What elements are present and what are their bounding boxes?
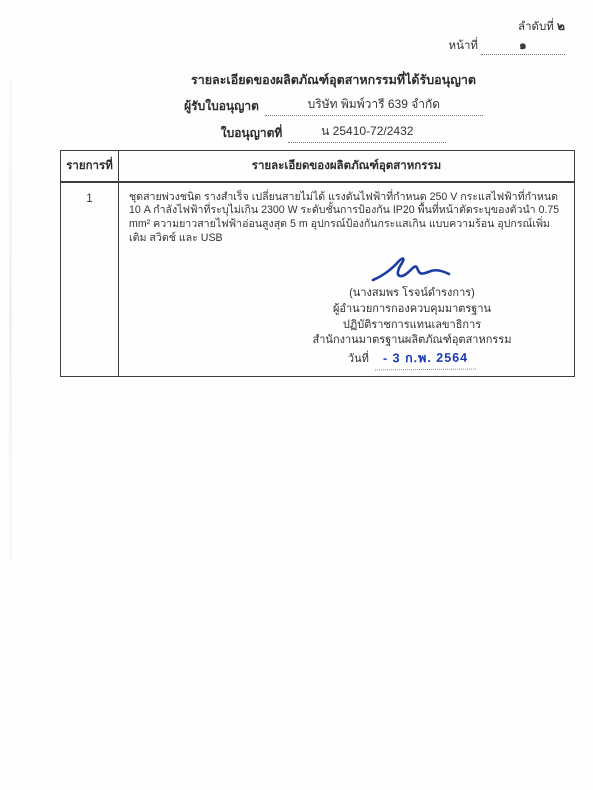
signer-title: ผู้อำนวยการกองควบคุมมาตรฐาน (281, 302, 543, 318)
column-header-item-no: รายการที่ (61, 151, 119, 182)
license-number-field: ใบอนุญาตที่ น 25410-72/2432 (0, 122, 593, 143)
date-line: วันที่ - 3 ก.พ. 2564 (281, 350, 543, 370)
organization-name: สำนักงานมาตรฐานผลิตภัณฑ์อุตสาหกรรม (281, 333, 543, 349)
acting-note: ปฏิบัติราชการแทนเลขาธิการ (281, 318, 543, 334)
license-number-label: ใบอนุญาตที่ (221, 124, 289, 143)
table-row: 1 ชุดสายพ่วงชนิด รางสำเร็จ เปลี่ยนสายไม่… (61, 182, 575, 377)
licensee-label: ผู้รับใบอนุญาต (184, 97, 265, 116)
page-label: หน้าที่ (449, 40, 478, 52)
order-number-handwritten: ๒ (557, 17, 566, 35)
licensee-field: ผู้รับใบอนุญาต บริษัท พิมพ์วารี 639 จำกั… (0, 95, 593, 116)
corner-numbering: ลำดับที่ ๒ หน้าที่๑ (449, 17, 565, 56)
page-line: หน้าที่๑ (449, 38, 565, 55)
page-number-handwritten: ๑ (519, 38, 527, 53)
column-header-description: รายละเอียดของผลิตภัณฑ์อุตสาหกรรม (119, 151, 575, 182)
scan-artifact (9, 78, 12, 563)
page-number-slot: ๑ (481, 38, 565, 54)
license-number-value: น 25410-72/2432 (288, 122, 446, 143)
signer-name: (นางสมพร โรจน์ดำรงการ) (281, 286, 543, 302)
product-description: ชุดสายพ่วงชนิด รางสำเร็จ เปลี่ยนสายไม่ได… (129, 191, 565, 247)
table-header-row: รายการที่ รายละเอียดของผลิตภัณฑ์อุตสาหกร… (61, 151, 575, 182)
order-line: ลำดับที่ ๒ (449, 17, 565, 36)
order-label: ลำดับที่ (518, 21, 554, 33)
licensee-value: บริษัท พิมพ์วารี 639 จำกัด (265, 95, 483, 116)
date-label: วันที่ (348, 353, 369, 365)
document-page: ลำดับที่ ๒ หน้าที่๑ รายละเอียดของผลิตภัณ… (0, 0, 593, 790)
item-number-cell: 1 (61, 182, 119, 377)
signature-scribble-icon (369, 254, 455, 284)
product-detail-table: รายการที่ รายละเอียดของผลิตภัณฑ์อุตสาหกร… (60, 150, 575, 377)
date-stamp: - 3 ก.พ. 2564 (375, 349, 476, 370)
description-cell: ชุดสายพ่วงชนิด รางสำเร็จ เปลี่ยนสายไม่ได… (119, 182, 575, 377)
signature-block: (นางสมพร โรจน์ดำรงการ) ผู้อำนวยการกองควบ… (281, 254, 543, 369)
document-title: รายละเอียดของผลิตภัณฑ์อุตสาหกรรมที่ได้รั… (0, 70, 593, 90)
signature-mark (281, 254, 543, 284)
